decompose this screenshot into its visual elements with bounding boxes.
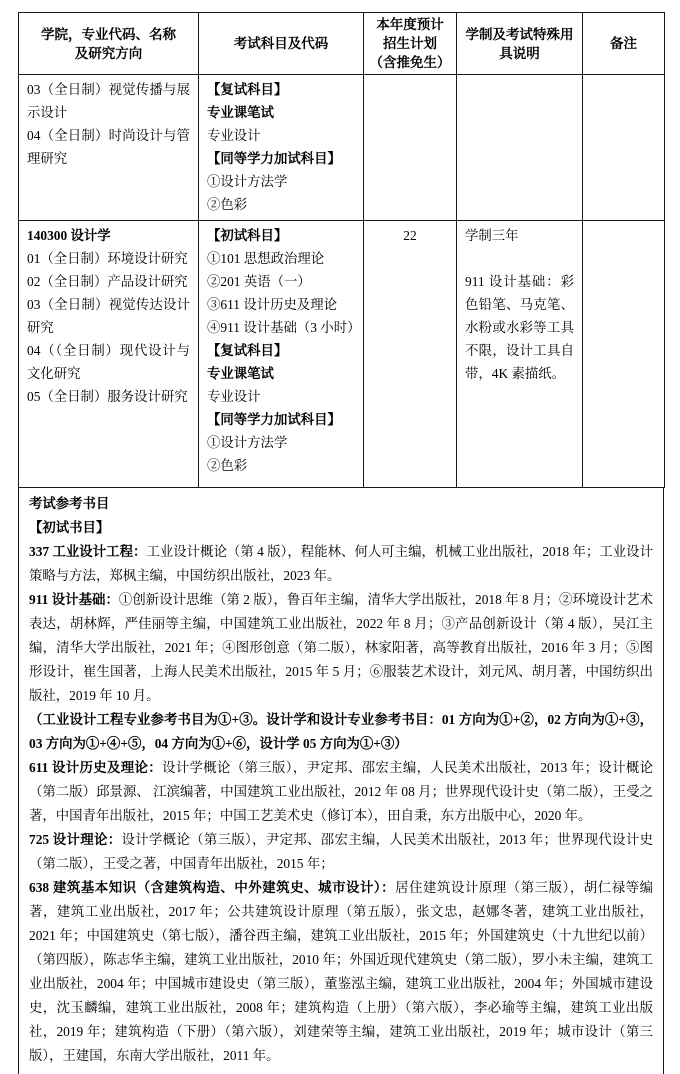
entry-label: 638 建筑基本知识（含建筑构造、中外建筑史、城市设计）： xyxy=(29,880,395,895)
subject-line: ②201 英语（一） xyxy=(207,270,355,293)
subject-line: ①101 思想政治理论 xyxy=(207,247,355,270)
bibliography-entry-911: 911 设计基础：①创新设计思维（第 2 版），鲁百年主编，清华大学出版社，20… xyxy=(29,588,653,708)
table-header-row: 学院，专业代码、名称 及研究方向 考试科目及代码 本年度预计 招生计划 （含推免… xyxy=(19,13,665,75)
bibliography-entry-638: 638 建筑基本知识（含建筑构造、中外建筑史、城市设计）：居住建筑设计原理（第三… xyxy=(29,876,653,1068)
subject-line: 【同等学力加试科目】 xyxy=(207,408,355,431)
program-code-name: 140300 设计学 xyxy=(27,224,190,247)
bibliography-entry-725: 725 设计理论：设计学概论（第三版），尹定邦、邵宏主编，人民美术出版社，201… xyxy=(29,828,653,876)
entry-text: 设计学概论（第三版），尹定邦、邵宏主编，人民美术出版社，2013 年；世界现代设… xyxy=(29,832,653,871)
admissions-document-page: 学院，专业代码、名称 及研究方向 考试科目及代码 本年度预计 招生计划 （含推免… xyxy=(0,0,680,1074)
cell-directions: 03（全日制）视觉传播与展示设计 04（全日制）时尚设计与管理研究 xyxy=(19,75,199,221)
cell-duration-tools xyxy=(457,75,583,221)
entry-label: 725 设计理论： xyxy=(29,832,121,847)
direction-item: 04（（全日制）现代设计与文化研究 xyxy=(27,339,190,385)
col-header-duration-tools: 学制及考试特殊用 具说明 xyxy=(457,13,583,75)
duration-text: 学制三年 xyxy=(465,224,574,247)
subject-line: ②色彩 xyxy=(207,193,355,216)
entry-text: 居住建筑设计原理（第三版），胡仁禄等编著，建筑工业出版社，2017 年；公共建筑… xyxy=(29,880,653,1063)
subject-line: ①设计方法学 xyxy=(207,170,355,193)
bibliography-entry-337: 337 工业设计工程：工业设计概论（第 4 版），程能林、何人可主编，机械工业出… xyxy=(29,540,653,588)
entry-label: （工业设计工程专业参考书目为①+③。设计学和设计专业参考书目：01 方向为①+②… xyxy=(29,712,653,751)
bibliography-section: 考试参考书目 【初试书目】 337 工业设计工程：工业设计概论（第 4 版），程… xyxy=(18,488,664,1074)
direction-item: 05（全日制）服务设计研究 xyxy=(27,385,190,408)
admissions-table: 学院，专业代码、名称 及研究方向 考试科目及代码 本年度预计 招生计划 （含推免… xyxy=(18,12,665,488)
subject-line: ③611 设计历史及理论 xyxy=(207,293,355,316)
bibliography-subtitle: 【初试书目】 xyxy=(29,516,653,540)
subject-line: ①设计方法学 xyxy=(207,431,355,454)
bibliography-title: 考试参考书目 xyxy=(29,492,653,516)
direction-item: 03（全日制）视觉传播与展示设计 xyxy=(27,78,190,124)
subject-line: 专业设计 xyxy=(207,124,355,147)
col-header-exam-subjects: 考试科目及代码 xyxy=(199,13,364,75)
cell-exam-subjects: 【复试科目】 专业课笔试 专业设计 【同等学力加试科目】 ①设计方法学 ②色彩 xyxy=(199,75,364,221)
direction-item: 04（全日制）时尚设计与管理研究 xyxy=(27,124,190,170)
table-row-continuation: 03（全日制）视觉传播与展示设计 04（全日制）时尚设计与管理研究 【复试科目】… xyxy=(19,75,665,221)
direction-item: 01（全日制）环境设计研究 xyxy=(27,247,190,270)
quota-value: 22 xyxy=(372,224,448,247)
col-header-remarks: 备注 xyxy=(583,13,665,75)
cell-remark xyxy=(583,221,665,488)
subject-line: 专业课笔试 xyxy=(207,101,355,124)
cell-quota: 22 xyxy=(364,221,457,488)
cell-duration-tools: 学制三年 911 设计基础：彩色铅笔、马克笔、水粉或水彩等工具不限，设计工具自带… xyxy=(457,221,583,488)
entry-label: 337 工业设计工程： xyxy=(29,544,146,559)
cell-directions: 140300 设计学 01（全日制）环境设计研究 02（全日制）产品设计研究 0… xyxy=(19,221,199,488)
subject-line: ④911 设计基础（3 小时） xyxy=(207,316,355,339)
col-header-enrollment-plan: 本年度预计 招生计划 （含推免生） xyxy=(364,13,457,75)
subject-line: ②色彩 xyxy=(207,454,355,477)
subject-line: 【初试科目】 xyxy=(207,224,355,247)
cell-remark xyxy=(583,75,665,221)
direction-item: 02（全日制）产品设计研究 xyxy=(27,270,190,293)
col-header-college-major: 学院，专业代码、名称 及研究方向 xyxy=(19,13,199,75)
bibliography-direction-note: （工业设计工程专业参考书目为①+③。设计学和设计专业参考书目：01 方向为①+②… xyxy=(29,708,653,756)
subject-line: 专业设计 xyxy=(207,385,355,408)
cell-exam-subjects: 【初试科目】 ①101 思想政治理论 ②201 英语（一） ③611 设计历史及… xyxy=(199,221,364,488)
tools-note: 911 设计基础：彩色铅笔、马克笔、水粉或水彩等工具不限，设计工具自带，4K 素… xyxy=(465,270,574,385)
subject-line: 【复试科目】 xyxy=(207,78,355,101)
cell-quota xyxy=(364,75,457,221)
bibliography-entry-611: 611 设计历史及理论：设计学概论（第三版），尹定邦、邵宏主编，人民美术出版社，… xyxy=(29,756,653,828)
entry-text: ①创新设计思维（第 2 版），鲁百年主编，清华大学出版社，2018 年 8 月；… xyxy=(29,592,653,703)
subject-line: 【同等学力加试科目】 xyxy=(207,147,355,170)
direction-item: 03（全日制）视觉传达设计研究 xyxy=(27,293,190,339)
entry-label: 911 设计基础： xyxy=(29,592,119,607)
entry-label: 611 设计历史及理论： xyxy=(29,760,162,775)
table-row-design-program: 140300 设计学 01（全日制）环境设计研究 02（全日制）产品设计研究 0… xyxy=(19,221,665,488)
subject-line: 【复试科目】 xyxy=(207,339,355,362)
subject-line: 专业课笔试 xyxy=(207,362,355,385)
